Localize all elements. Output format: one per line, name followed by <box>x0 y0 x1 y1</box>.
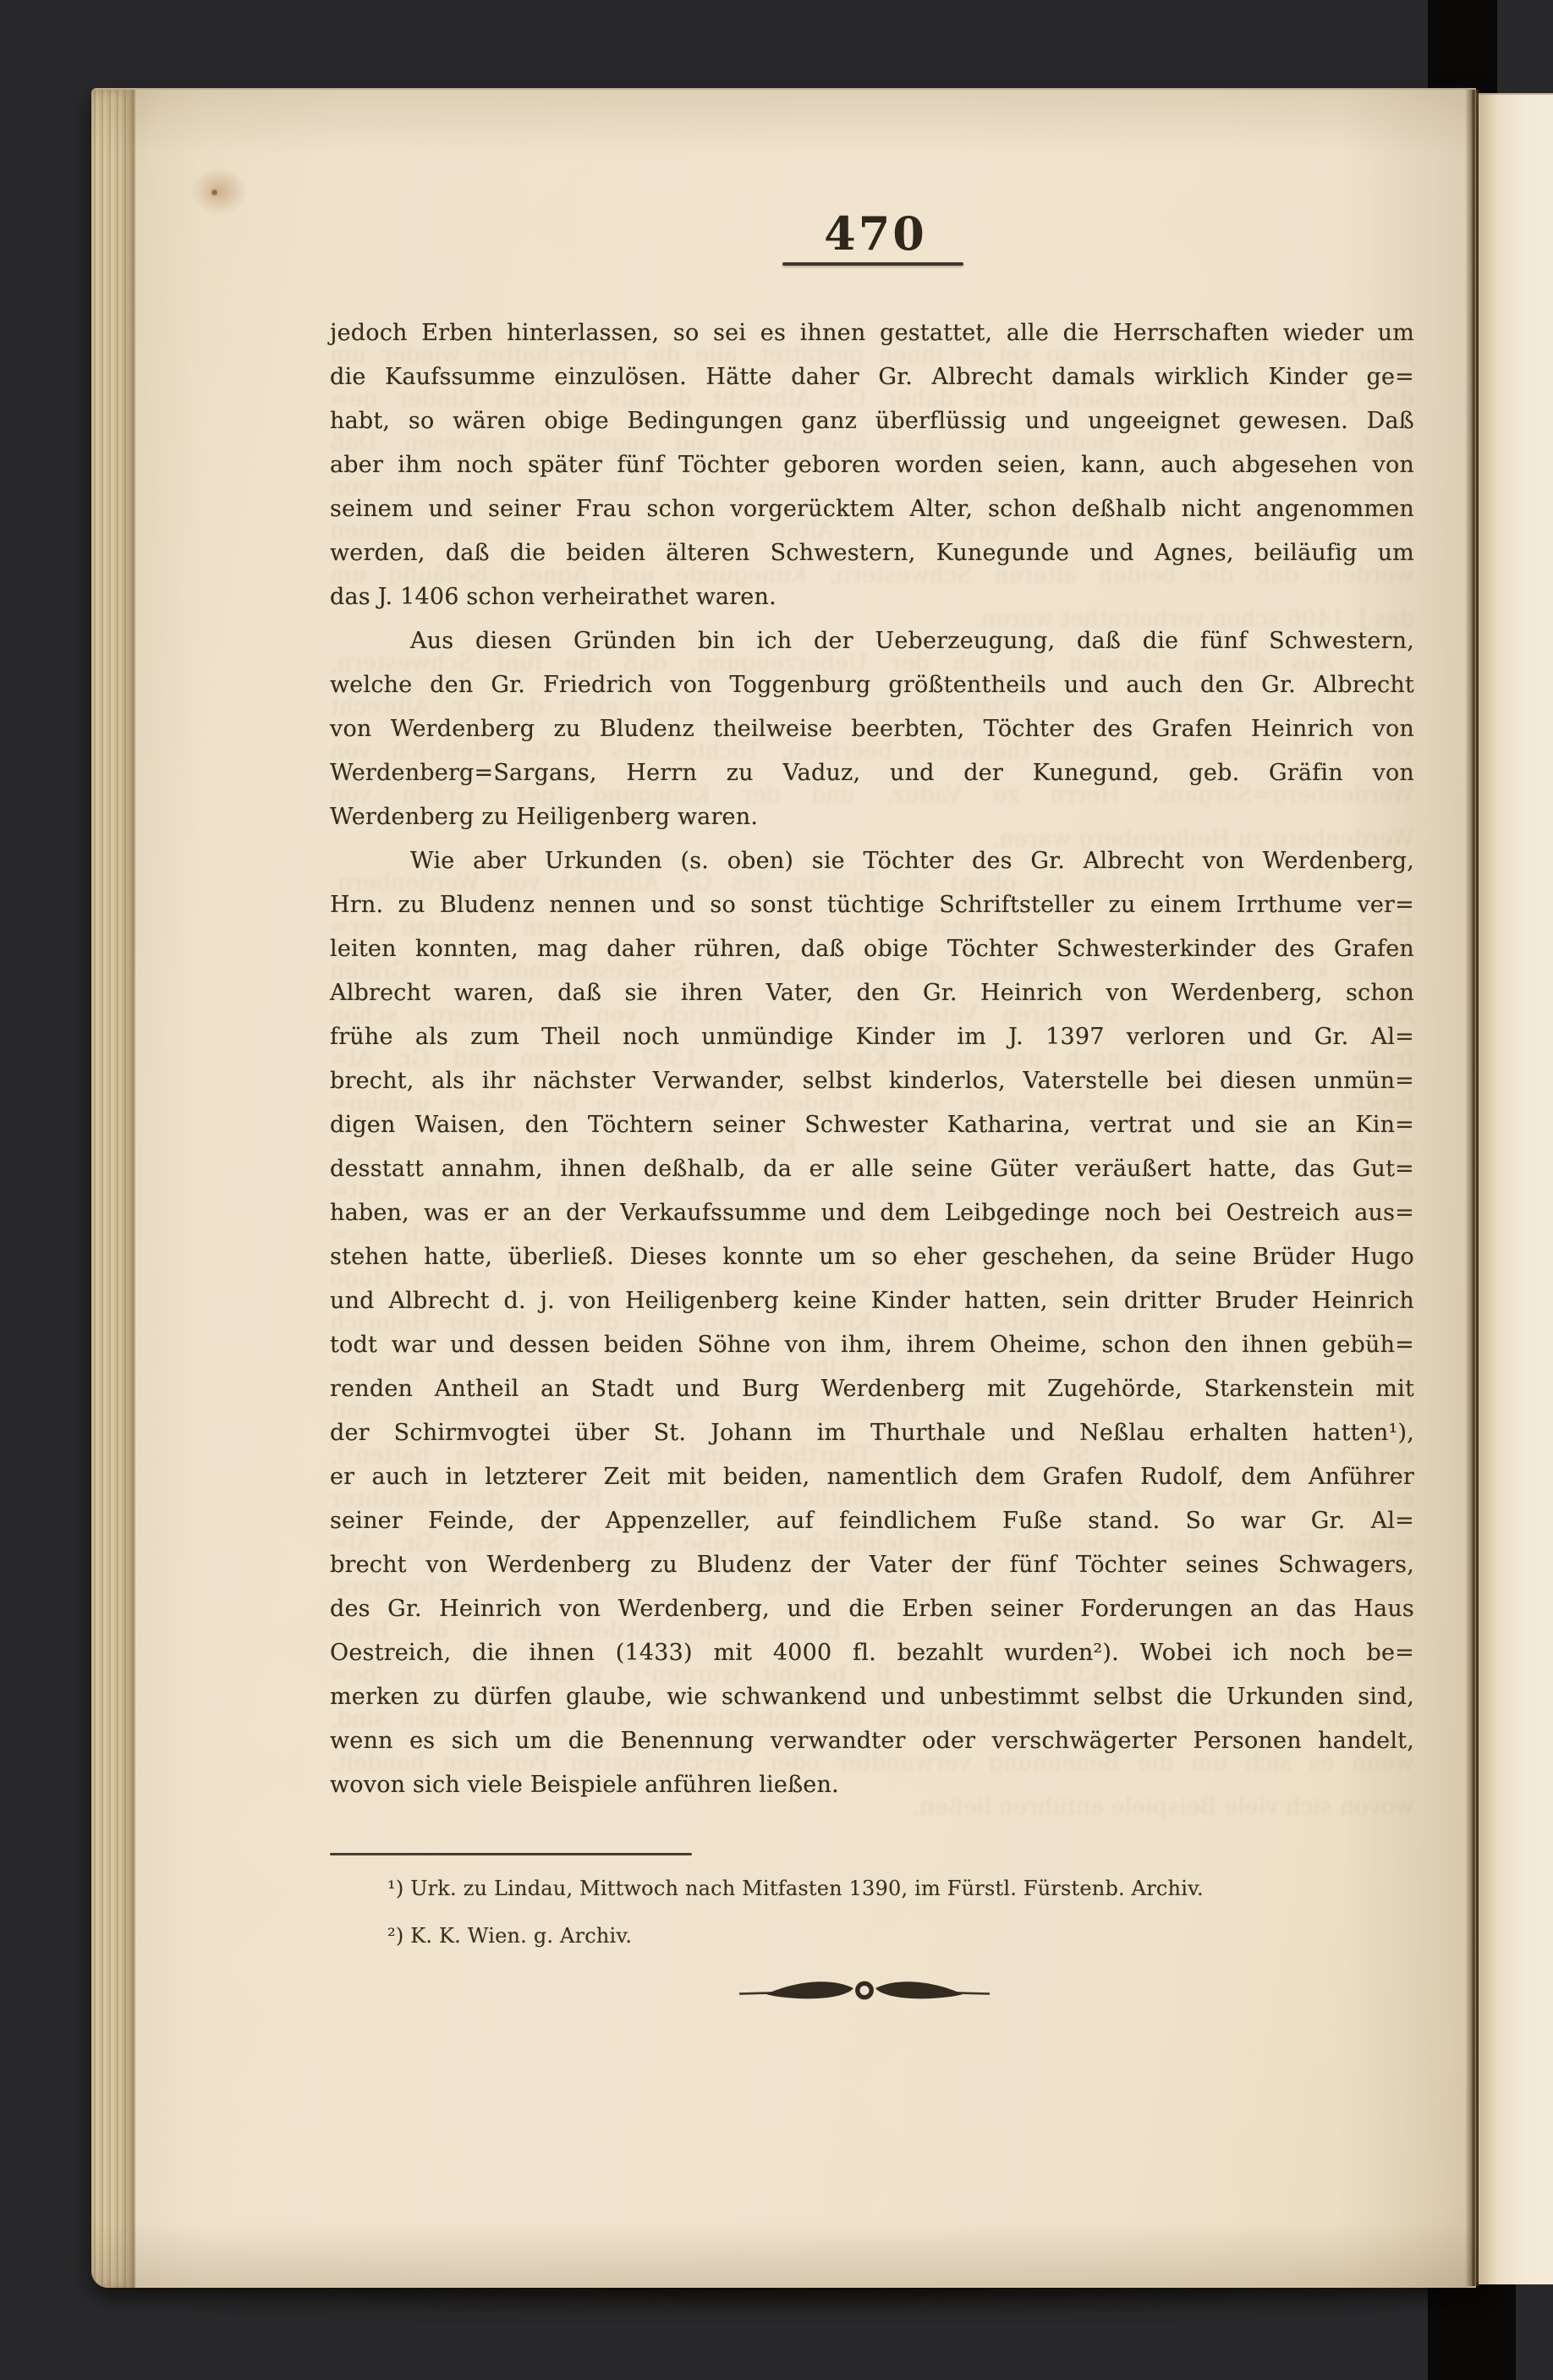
text-line: aber ihm noch später fünf Töchter gebore… <box>330 443 1414 487</box>
tailpiece-ornament <box>738 1973 991 2010</box>
paragraph: Aus diesen Gründen bin ich der Ueberzeug… <box>330 619 1414 839</box>
background-clamp-strip-top <box>1428 0 1497 93</box>
text-line: Albrecht waren, daß sie ihren Vater, den… <box>330 971 1414 1015</box>
text-line: er auch in letzterer Zeit mit beiden, na… <box>330 1455 1414 1499</box>
text-line: das J. 1406 schon verheirathet waren. <box>330 575 1414 619</box>
text-line: leiten konnten, mag daher rühren, daß ob… <box>330 927 1414 971</box>
page-edge-stack <box>91 90 135 2288</box>
text-line: digen Waisen, den Töchtern seiner Schwes… <box>330 1103 1414 1147</box>
text-line: haben, was er an der Verkaufssumme und d… <box>330 1191 1414 1235</box>
paper-stain <box>191 168 247 215</box>
footnote-separator-rule <box>330 1853 692 1855</box>
paragraph: Wie aber Urkunden (s. oben) sie Töchter … <box>330 839 1414 1807</box>
page-number: 470 <box>749 206 1002 261</box>
text-block: jedoch Erben hinterlassen, so sei es ihn… <box>330 311 1414 1807</box>
text-line: welche den Gr. Friedrich von Toggenburg … <box>330 663 1414 707</box>
paper-stain-dot <box>211 190 217 195</box>
paragraph: jedoch Erben hinterlassen, so sei es ihn… <box>330 311 1414 619</box>
text-line: seiner Feinde, der Appenzeller, auf fein… <box>330 1499 1414 1543</box>
text-line: Wie aber Urkunden (s. oben) sie Töchter … <box>330 839 1414 883</box>
text-line: todt war und dessen beiden Söhne von ihm… <box>330 1323 1414 1367</box>
text-line: jedoch Erben hinterlassen, so sei es ihn… <box>330 311 1414 355</box>
footnote-1: ¹) Urk. zu Lindau, Mittwoch nach Mitfast… <box>330 1877 1414 1900</box>
scanned-book-photo: jedoch Erben hinterlassen, so sei es ihn… <box>0 0 1553 2380</box>
text-line: Oestreich, die ihnen (1433) mit 4000 fl.… <box>330 1631 1414 1675</box>
text-line: Werdenberg zu Heiligenberg waren. <box>330 795 1414 839</box>
text-line: und Albrecht d. j. von Heiligenberg kein… <box>330 1279 1414 1323</box>
page-number-underline <box>782 262 963 266</box>
text-line: frühe als zum Theil noch unmündige Kinde… <box>330 1015 1414 1059</box>
text-line: merken zu dürfen glaube, wie schwankend … <box>330 1675 1414 1719</box>
text-line: des Gr. Heinrich von Werdenberg, und die… <box>330 1587 1414 1631</box>
text-line: stehen hatte, überließ. Dieses konnte um… <box>330 1235 1414 1279</box>
text-line: wovon sich viele Beispiele anführen ließ… <box>330 1763 1414 1807</box>
text-line: wenn es sich um die Benennung verwandter… <box>330 1719 1414 1763</box>
text-line: brecht von Werdenberg zu Bludenz der Vat… <box>330 1543 1414 1587</box>
text-line: renden Antheil an Stadt und Burg Werdenb… <box>330 1367 1414 1411</box>
text-line: habt, so wären obige Bedingungen ganz üb… <box>330 399 1414 443</box>
text-line: die Kaufssumme einzulösen. Hätte daher G… <box>330 355 1414 399</box>
text-line: brecht, als ihr nächster Verwander, selb… <box>330 1059 1414 1103</box>
text-line: Werdenberg=Sargans, Herrn zu Vaduz, und … <box>330 751 1414 795</box>
text-line: der Schirmvogtei über St. Johann im Thur… <box>330 1411 1414 1455</box>
text-line: desstatt annahm, ihnen deßhalb, da er al… <box>330 1147 1414 1191</box>
text-line: Hrn. zu Bludenz nennen und so sonst tüch… <box>330 883 1414 927</box>
text-line: Aus diesen Gründen bin ich der Ueberzeug… <box>330 619 1414 663</box>
text-line: von Werdenberg zu Bludenz theilweise bee… <box>330 707 1414 751</box>
facing-page-edge <box>1479 93 1553 2284</box>
book-page: jedoch Erben hinterlassen, so sei es ihn… <box>91 88 1476 2288</box>
text-line: werden, daß die beiden älteren Schwester… <box>330 531 1414 575</box>
footnote-2: ²) K. K. Wien. g. Archiv. <box>330 1924 1414 1948</box>
text-line: seinem und seiner Frau schon vorgerückte… <box>330 487 1414 531</box>
